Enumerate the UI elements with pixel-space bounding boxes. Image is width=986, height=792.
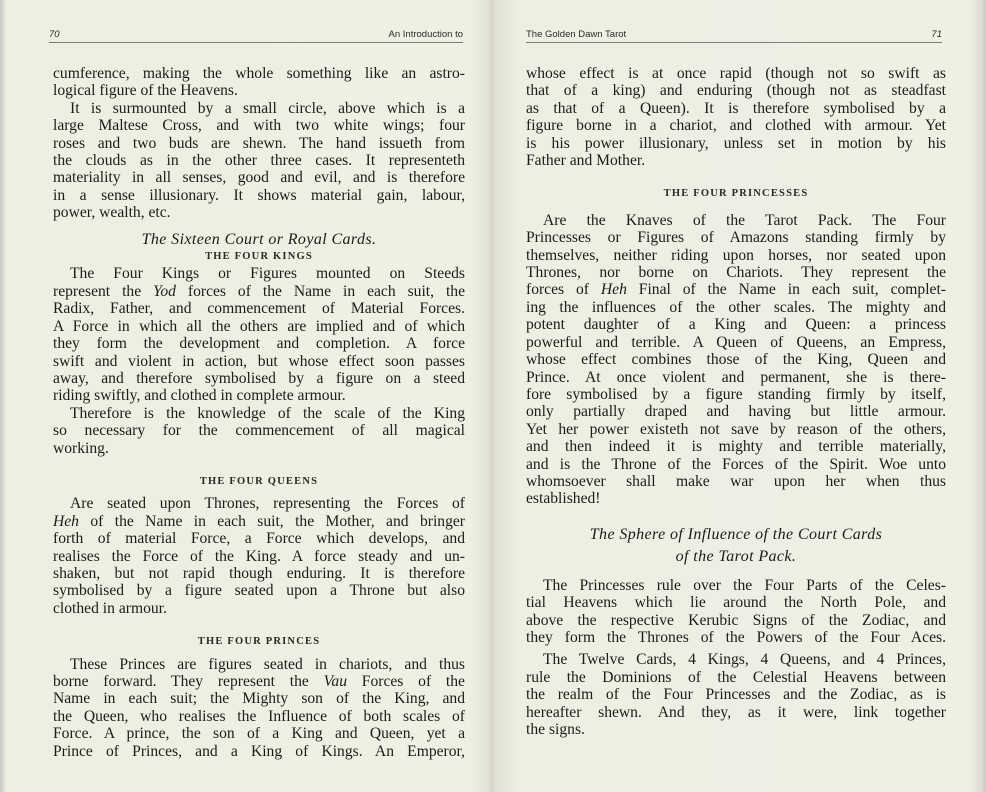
book-spread: 70 An Introduction to cumference, making… bbox=[0, 0, 986, 792]
running-head-right: The Golden Dawn Tarot 71 bbox=[526, 24, 942, 43]
text-line: cumference, making the whole something l… bbox=[53, 65, 465, 82]
heading-four-princes: THE FOUR PRINCES bbox=[53, 633, 465, 650]
text-line: materiality in all senses, good and evil… bbox=[53, 169, 465, 186]
text-line: represent the Yod forces of the Name in … bbox=[53, 283, 465, 300]
text-line: established! bbox=[526, 490, 946, 507]
text-line: It is surmounted by a small circle, abov… bbox=[53, 100, 465, 117]
text-line: shaken, but not rapid though enduring. I… bbox=[53, 565, 465, 582]
text-line: forces of Heh Final of the Name in each … bbox=[526, 281, 946, 298]
text-line: themselves, neither riding upon horses, … bbox=[526, 247, 946, 264]
text-line: large Maltese Cross, and with two white … bbox=[53, 117, 465, 134]
text-line: Prince of Princes, and a King of Kings. … bbox=[53, 743, 465, 760]
left-page-body: cumference, making the whole something l… bbox=[53, 65, 465, 760]
text-line: powerful and terrible. A Queen of Queens… bbox=[526, 334, 946, 351]
text-line: The Twelve Cards, 4 Kings, 4 Queens, and… bbox=[526, 651, 946, 668]
section-title-sphere-line1: The Sphere of Influence of the Court Car… bbox=[526, 524, 946, 546]
text-line: These Princes are figures seated in char… bbox=[53, 656, 465, 673]
text-line: realises the Force of the King. A force … bbox=[53, 548, 465, 565]
italic-term-heh: Heh bbox=[53, 513, 79, 530]
text-line: clothed in armour. bbox=[53, 600, 465, 617]
text-line: figure borne in a chariot, and clothed w… bbox=[526, 117, 946, 134]
text-line: Yet her power existeth not save by reaso… bbox=[526, 421, 946, 438]
text-line: working. bbox=[53, 440, 465, 457]
text-line: Princesses or Figures of Amazons standin… bbox=[526, 229, 946, 246]
text-line: hereafter shewn. And they, as it were, l… bbox=[526, 704, 946, 721]
text-line: whomsoever shall make war upon her when … bbox=[526, 473, 946, 490]
text-line: The Princesses rule over the Four Parts … bbox=[526, 577, 946, 594]
text-line: whose effect is at once rapid (though no… bbox=[526, 65, 946, 82]
text-line: away, and therefore symbolised by a figu… bbox=[53, 370, 465, 387]
text-line: Name in each suit; the Mighty son of the… bbox=[53, 690, 465, 707]
text-line: symbolised by a figure seated upon a Thr… bbox=[53, 582, 465, 599]
running-head-title-right: The Golden Dawn Tarot bbox=[526, 29, 626, 40]
text-line: Therefore is the knowledge of the scale … bbox=[53, 405, 465, 422]
heading-four-queens: THE FOUR QUEENS bbox=[53, 473, 465, 490]
text-line: logical figure of the Heavens. bbox=[53, 82, 465, 99]
text-line: potent daughter of a King and Queen: a p… bbox=[526, 316, 946, 333]
section-title-sphere-line2: of the Tarot Pack. bbox=[526, 546, 946, 568]
italic-term-vau: Vau bbox=[324, 673, 347, 690]
text-line: only partially draped and having but lit… bbox=[526, 403, 946, 420]
text-line: that of a king) and enduring (though not… bbox=[526, 82, 946, 99]
italic-term-yod: Yod bbox=[153, 283, 176, 300]
text-line: The Four Kings or Figures mounted on Ste… bbox=[53, 265, 465, 282]
text-line: they form the development and completion… bbox=[53, 335, 465, 352]
text-line: and then indeed it is mighty and terribl… bbox=[526, 438, 946, 455]
text-line: Heh of the Name in each suit, the Mother… bbox=[53, 513, 465, 530]
text-line: the clouds as in the other three cases. … bbox=[53, 152, 465, 169]
text-line: above the respective Kerubic Signs of th… bbox=[526, 612, 946, 629]
text-line: they form the Thrones of the Powers of t… bbox=[526, 629, 946, 646]
heading-four-kings: THE FOUR KINGS bbox=[53, 248, 465, 265]
running-head-title-left: An Introduction to bbox=[389, 29, 463, 40]
text-line: power, wealth, etc. bbox=[53, 204, 465, 221]
text-line: rule the Dominions of the Celestial Heav… bbox=[526, 669, 946, 686]
text-line: in a sense illusionary. It shows materia… bbox=[53, 187, 465, 204]
text-line: Force. A prince, the son of a King and Q… bbox=[53, 725, 465, 742]
text-line: Thrones, nor borne on Chariots. They rep… bbox=[526, 264, 946, 281]
left-page: 70 An Introduction to cumference, making… bbox=[0, 0, 493, 792]
text-line: as that of a Queen). It is therefore sym… bbox=[526, 100, 946, 117]
text-line: borne forward. They represent the Vau Fo… bbox=[53, 673, 465, 690]
text-line: so necessary for the commencement of all… bbox=[53, 422, 465, 439]
text-line: the signs. bbox=[526, 721, 946, 738]
right-page-body: whose effect is at once rapid (though no… bbox=[526, 65, 946, 738]
section-title-court-cards: The Sixteen Court or Royal Cards. bbox=[53, 231, 465, 248]
text-line: Father and Mother. bbox=[526, 152, 946, 169]
text-line: swift and violent in action, but whose e… bbox=[53, 353, 465, 370]
text-line: Prince. At once violent and permanent, s… bbox=[526, 369, 946, 386]
text-line: whose effect combines those of the King,… bbox=[526, 351, 946, 368]
italic-term-heh: Heh bbox=[601, 281, 627, 298]
page-number-left: 70 bbox=[49, 29, 60, 40]
text-line: the Queen, who realises the Influence of… bbox=[53, 708, 465, 725]
text-line: fore symbolised by a figure standing fir… bbox=[526, 386, 946, 403]
text-line: and is the Throne of the Forces of the S… bbox=[526, 456, 946, 473]
text-line: Are seated upon Thrones, representing th… bbox=[53, 495, 465, 512]
page-number-right: 71 bbox=[931, 29, 942, 40]
heading-four-princesses: THE FOUR PRINCESSES bbox=[526, 185, 946, 202]
text-line: ing the influences of the other scales. … bbox=[526, 299, 946, 316]
text-line: A Force in which all the others are impl… bbox=[53, 318, 465, 335]
running-head-left: 70 An Introduction to bbox=[49, 24, 463, 43]
right-page: The Golden Dawn Tarot 71 whose effect is… bbox=[493, 0, 986, 792]
text-line: tial Heavens which lie around the North … bbox=[526, 594, 946, 611]
text-line: the realm of the Four Princesses and the… bbox=[526, 686, 946, 703]
text-line: is his power illusionary, unless set in … bbox=[526, 135, 946, 152]
text-line: Are the Knaves of the Tarot Pack. The Fo… bbox=[526, 212, 946, 229]
text-line: roses and two buds are shewn. The hand i… bbox=[53, 135, 465, 152]
text-line: forth of material Force, a Force which d… bbox=[53, 530, 465, 547]
text-line: Radix, Father, and commencement of Mater… bbox=[53, 300, 465, 317]
text-line: riding swiftly, and clothed in complete … bbox=[53, 387, 465, 404]
